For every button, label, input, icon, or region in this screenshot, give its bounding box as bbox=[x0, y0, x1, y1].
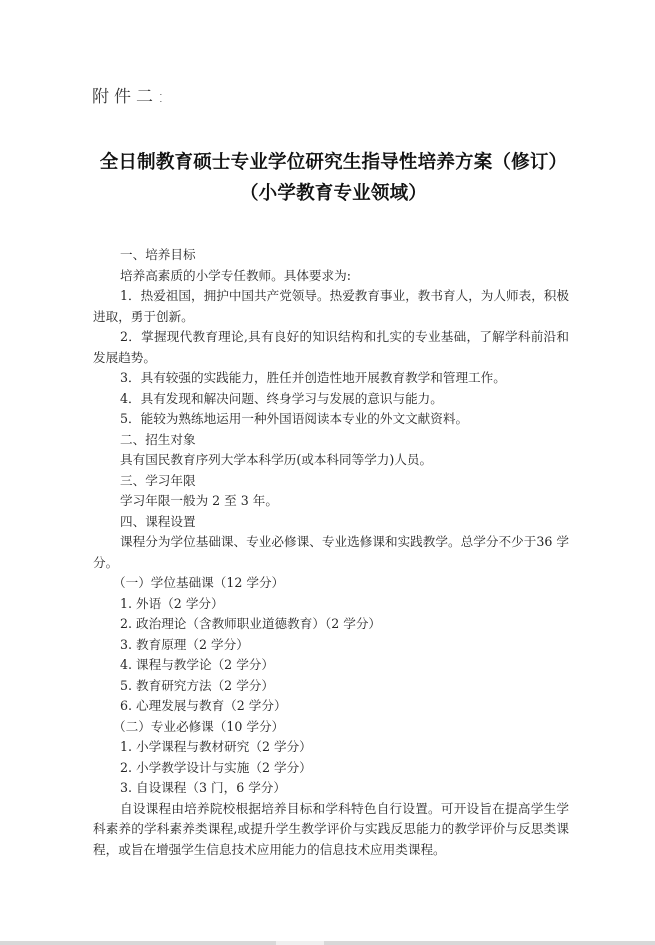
section-heading-duration: 三、学习年限 bbox=[93, 471, 569, 492]
curriculum-text: 课程分为学位基础课、专业必修课、专业选修课和实践教学。总学分不少于36 学分。 bbox=[93, 532, 569, 573]
attachment-label: 附件二: bbox=[92, 82, 169, 107]
course-item: 6. 心理发展与教育（2 学分） bbox=[93, 696, 569, 717]
custom-course-note: 自设课程由培养院校根据培养目标和学科特色自行设置。可开设旨在提高学生学科素养的学… bbox=[93, 799, 569, 861]
document-title: 全日制教育硕士专业学位研究生指导性培养方案（修订） bbox=[6, 148, 655, 174]
course-group-heading-basic: （一）学位基础课（12 学分） bbox=[93, 573, 569, 594]
course-item: 2. 小学教学设计与实施（2 学分） bbox=[93, 758, 569, 779]
course-item: 1. 外语（2 学分） bbox=[93, 594, 569, 615]
document-page: 附件二: 全日制教育硕士专业学位研究生指导性培养方案（修订） （小学教育专业领域… bbox=[0, 0, 655, 940]
scrollbar-thumb[interactable] bbox=[276, 941, 324, 945]
course-item: 1. 小学课程与教材研究（2 学分） bbox=[93, 737, 569, 758]
document-subtitle: （小学教育专业领域） bbox=[6, 179, 655, 205]
course-item: 4. 课程与教学论（2 学分） bbox=[93, 655, 569, 676]
goal-item: 5．能较为熟练地运用一种外国语阅读本专业的外文文献资料。 bbox=[93, 409, 569, 430]
section-heading-training-goals: 一、培养目标 bbox=[93, 245, 569, 266]
horizontal-scrollbar[interactable] bbox=[0, 941, 655, 945]
goal-item: 1．热爱祖国，拥护中国共产党领导。热爱教育事业，教书育人，为人师表，积极进取，勇… bbox=[93, 286, 569, 327]
section-heading-curriculum: 四、课程设置 bbox=[93, 512, 569, 533]
course-item: 3. 自设课程（3 门，6 学分） bbox=[93, 778, 569, 799]
course-item: 3. 教育原理（2 学分） bbox=[93, 635, 569, 656]
document-body: 一、培养目标 培养高素质的小学专任教师。具体要求为: 1．热爱祖国，拥护中国共产… bbox=[93, 245, 569, 860]
section-heading-admission: 二、招生对象 bbox=[93, 430, 569, 451]
section-intro: 培养高素质的小学专任教师。具体要求为: bbox=[93, 266, 569, 287]
course-group-heading-required: （二）专业必修课（10 学分） bbox=[93, 717, 569, 738]
course-item: 5. 教育研究方法（2 学分） bbox=[93, 676, 569, 697]
goal-item: 3．具有较强的实践能力，胜任并创造性地开展教育教学和管理工作。 bbox=[93, 368, 569, 389]
course-item: 2. 政治理论（含教师职业道德教育）（2 学分） bbox=[93, 614, 569, 635]
goal-item: 4．具有发现和解决问题、终身学习与发展的意识与能力。 bbox=[93, 389, 569, 410]
goal-item: 2．掌握现代教育理论,具有良好的知识结构和扎实的专业基础，了解学科前沿和发展趋势… bbox=[93, 327, 569, 368]
admission-text: 具有国民教育序列大学本科学历(或本科同等学力)人员。 bbox=[93, 450, 569, 471]
duration-text: 学习年限一般为 2 至 3 年。 bbox=[93, 491, 569, 512]
